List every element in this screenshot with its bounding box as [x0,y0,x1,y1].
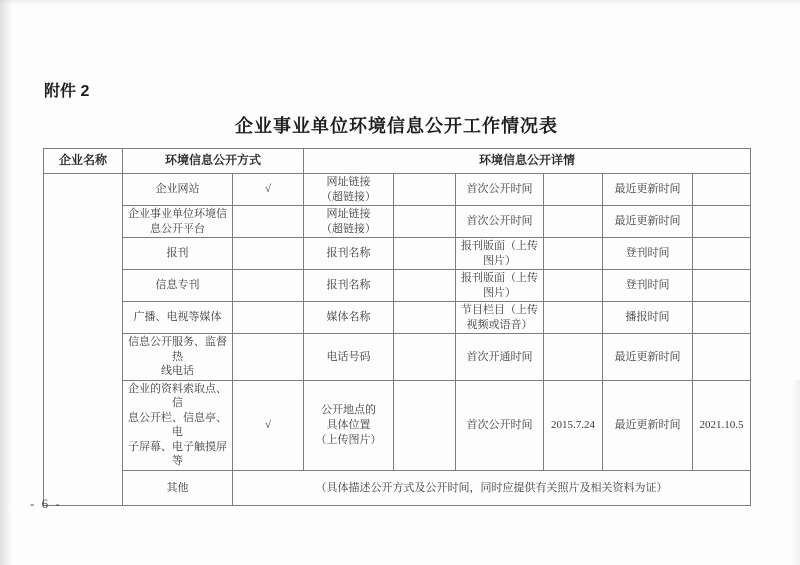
detail2-label-cell: 首次公开时间 [456,174,544,206]
scan-edge-left [0,0,12,565]
checkmark-cell [233,302,304,334]
detail3-label-cell: 登刊时间 [603,270,693,302]
detail1-value-cell [394,334,456,381]
document-title: 企业事业单位环境信息公开工作情况表 [43,112,750,138]
checkmark-cell [233,270,304,302]
detail3-value-cell [693,334,751,381]
attachment-label: 附件 2 [44,78,89,101]
detail2-value-cell [544,334,603,381]
detail1-value-cell [394,270,456,302]
table-row: 广播、电视等媒体 媒体名称 节目栏目（上传 视频或语音） 播报时间 [44,302,751,334]
checkmark-cell [233,238,304,270]
method-cell: 企业的资料索取点、信 息公开栏、信息亭、电 子屏幕、电子触摸屏等 [123,380,233,470]
detail1-label-cell: 网址链接 （超链接） [304,174,394,206]
detail3-label-cell: 登刊时间 [603,238,693,270]
table-header-row: 企业名称 环境信息公开方式 环境信息公开详情 [44,149,751,174]
table-row: 报刊 报刊名称 报刊版面（上传 图片） 登刊时间 [44,238,751,270]
detail1-label-cell: 网址链接 （超链接） [304,206,394,238]
table-row: 企业事业单位环境信 息公开平台 网址链接 （超链接） 首次公开时间 最近更新时间 [44,206,751,238]
detail3-label-cell: 最近更新时间 [603,334,693,381]
detail3-label-cell: 最近更新时间 [603,380,693,470]
detail1-label-cell: 电话号码 [304,334,394,381]
first-publish-date-cell: 2015.7.24 [544,380,603,470]
detail2-label-cell: 报刊版面（上传 图片） [456,238,544,270]
detail2-label-cell: 节目栏目（上传 视频或语音） [456,302,544,334]
scan-edge-right [792,380,800,565]
company-name-cell [44,174,123,506]
table-row: 信息专刊 报刊名称 报刊版面（上传 图片） 登刊时间 [44,270,751,302]
method-cell: 企业网站 [123,174,233,206]
table-row: 信息公开服务、监督热 线电话 电话号码 首次开通时间 最近更新时间 [44,334,751,381]
detail3-value-cell [693,174,751,206]
table-row: 企业网站 √ 网址链接 （超链接） 首次公开时间 最近更新时间 [44,174,751,206]
header-disclosure-method: 环境信息公开方式 [123,149,304,174]
detail2-value-cell [544,302,603,334]
detail1-label-cell: 报刊名称 [304,238,394,270]
detail2-value-cell [544,206,603,238]
method-cell: 企业事业单位环境信 息公开平台 [123,206,233,238]
detail1-label-cell: 公开地点的 具体位置 （上传图片） [304,380,394,470]
disclosure-table: 企业名称 环境信息公开方式 环境信息公开详情 企业网站 √ 网址链接 （超链接）… [43,148,751,506]
method-cell: 其他 [123,470,233,505]
detail3-label-cell: 最近更新时间 [603,206,693,238]
scan-edge-top [0,0,800,5]
detail2-label-cell: 报刊版面（上传 图片） [456,270,544,302]
table-row: 企业的资料索取点、信 息公开栏、信息亭、电 子屏幕、电子触摸屏等 √ 公开地点的… [44,380,751,470]
detail3-value-cell [693,270,751,302]
detail3-value-cell [693,302,751,334]
header-disclosure-details: 环境信息公开详情 [304,149,751,174]
page-number: - 6 - [30,496,62,512]
checkmark-cell: √ [233,174,304,206]
detail2-value-cell [544,238,603,270]
detail1-value-cell [394,238,456,270]
checkmark-cell [233,334,304,381]
detail1-label-cell: 报刊名称 [304,270,394,302]
detail1-value-cell [394,206,456,238]
detail1-value-cell [394,174,456,206]
method-cell: 信息专刊 [123,270,233,302]
table-row-other: 其他 （具体描述公开方式及公开时间，同时应提供有关照片及相关资料为证） [44,470,751,505]
detail2-value-cell [544,174,603,206]
header-company-name: 企业名称 [44,149,123,174]
method-cell: 报刊 [123,238,233,270]
detail1-value-cell [394,302,456,334]
detail3-value-cell [693,206,751,238]
checkmark-cell [233,206,304,238]
other-note-cell: （具体描述公开方式及公开时间，同时应提供有关照片及相关资料为证） [233,470,751,505]
detail1-value-cell [394,380,456,470]
last-update-date-cell: 2021.10.5 [693,380,751,470]
scanned-document-page: 附件 2 企业事业单位环境信息公开工作情况表 企业名称 环境信息公开方式 环境信… [0,0,800,565]
detail2-value-cell [544,270,603,302]
detail2-label-cell: 首次公开时间 [456,206,544,238]
checkmark-cell: √ [233,380,304,470]
detail1-label-cell: 媒体名称 [304,302,394,334]
detail3-value-cell [693,238,751,270]
detail2-label-cell: 首次开通时间 [456,334,544,381]
method-cell: 广播、电视等媒体 [123,302,233,334]
method-cell: 信息公开服务、监督热 线电话 [123,334,233,381]
detail3-label-cell: 最近更新时间 [603,174,693,206]
detail3-label-cell: 播报时间 [603,302,693,334]
detail2-label-cell: 首次公开时间 [456,380,544,470]
